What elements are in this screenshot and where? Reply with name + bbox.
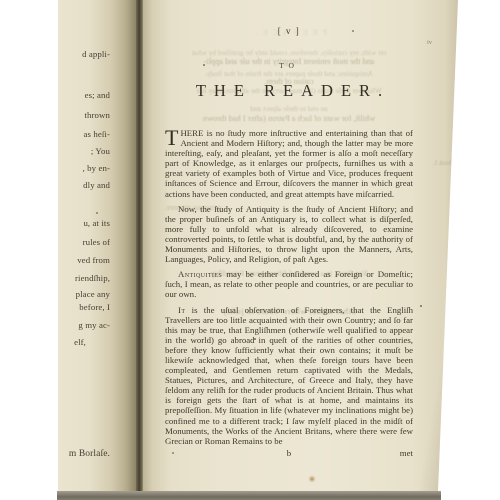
left-page-text-fragment: dly and <box>83 180 110 190</box>
text-column: [ v ] TO THE READER. THERE is no ſtudy m… <box>165 26 413 459</box>
left-page: d appli- es; and thrown as heſi- ; You ,… <box>58 0 136 491</box>
paragraph: Now, the ſtudy of Antiquity is the ſtudy… <box>165 204 413 265</box>
section-kicker: TO <box>165 61 413 70</box>
left-page-text-fragment: g my ac- <box>78 320 110 330</box>
author-signature-fragment: m Borlaſe. <box>69 449 110 459</box>
page-gutter <box>136 0 143 491</box>
left-page-text-fragment: d appli- <box>82 49 110 59</box>
book-edge-shadow <box>57 491 441 500</box>
section-title: THE READER. <box>165 82 413 100</box>
paragraph-text: Now, the ſtudy of Antiquity is the ſtudy… <box>165 204 413 264</box>
left-page-text-fragment: u, at its <box>83 218 110 228</box>
left-page-text-fragment: place any <box>76 289 110 299</box>
left-page-text-fragment: thrown <box>84 110 110 120</box>
left-page-text-fragment: es; and <box>85 90 110 100</box>
paragraph-text: is the uſual obſervation of Foreigners, … <box>165 305 413 446</box>
signature-mark: b <box>165 448 413 458</box>
left-page-text-fragment: , by en- <box>83 163 110 173</box>
body-text: THERE is no ſtudy more inſtructive and e… <box>165 128 413 446</box>
left-page-text-fragment: riendſhip, <box>75 273 110 283</box>
show-through-margin-note: Book I. <box>433 159 454 167</box>
show-through-folio: iv <box>427 39 432 46</box>
paragraph-text: is no ſtudy more inſtructive and enterta… <box>165 128 413 199</box>
catchword: met <box>400 448 413 458</box>
paragraph: It is the uſual obſervation of Foreigner… <box>165 305 413 446</box>
left-page-text-fragment: as heſi- <box>84 129 110 139</box>
lead-word: HERE <box>180 128 203 138</box>
book-photo: d appli- es; and thrown as heſi- ; You ,… <box>0 0 500 500</box>
left-page-text-fragment: ; You <box>91 146 110 156</box>
left-page-text-fragment: rules of <box>83 237 110 247</box>
left-page-text-fragment: before, I <box>79 302 110 312</box>
right-page: PREFACE. ret with; my curioſity, therefo… <box>143 0 458 491</box>
paragraph: Antiquities may be either conſidered as … <box>165 269 413 299</box>
lead-word-smallcaps: Antiquities <box>178 269 222 279</box>
drop-cap: T <box>165 128 180 147</box>
left-page-text-fragment: elf, <box>74 337 86 347</box>
page-number: [ v ] <box>165 26 413 37</box>
paragraph: THERE is no ſtudy more inſtructive and e… <box>165 128 413 199</box>
signature-row: b met <box>165 448 413 459</box>
left-page-text-fragment: ved from <box>77 255 110 265</box>
